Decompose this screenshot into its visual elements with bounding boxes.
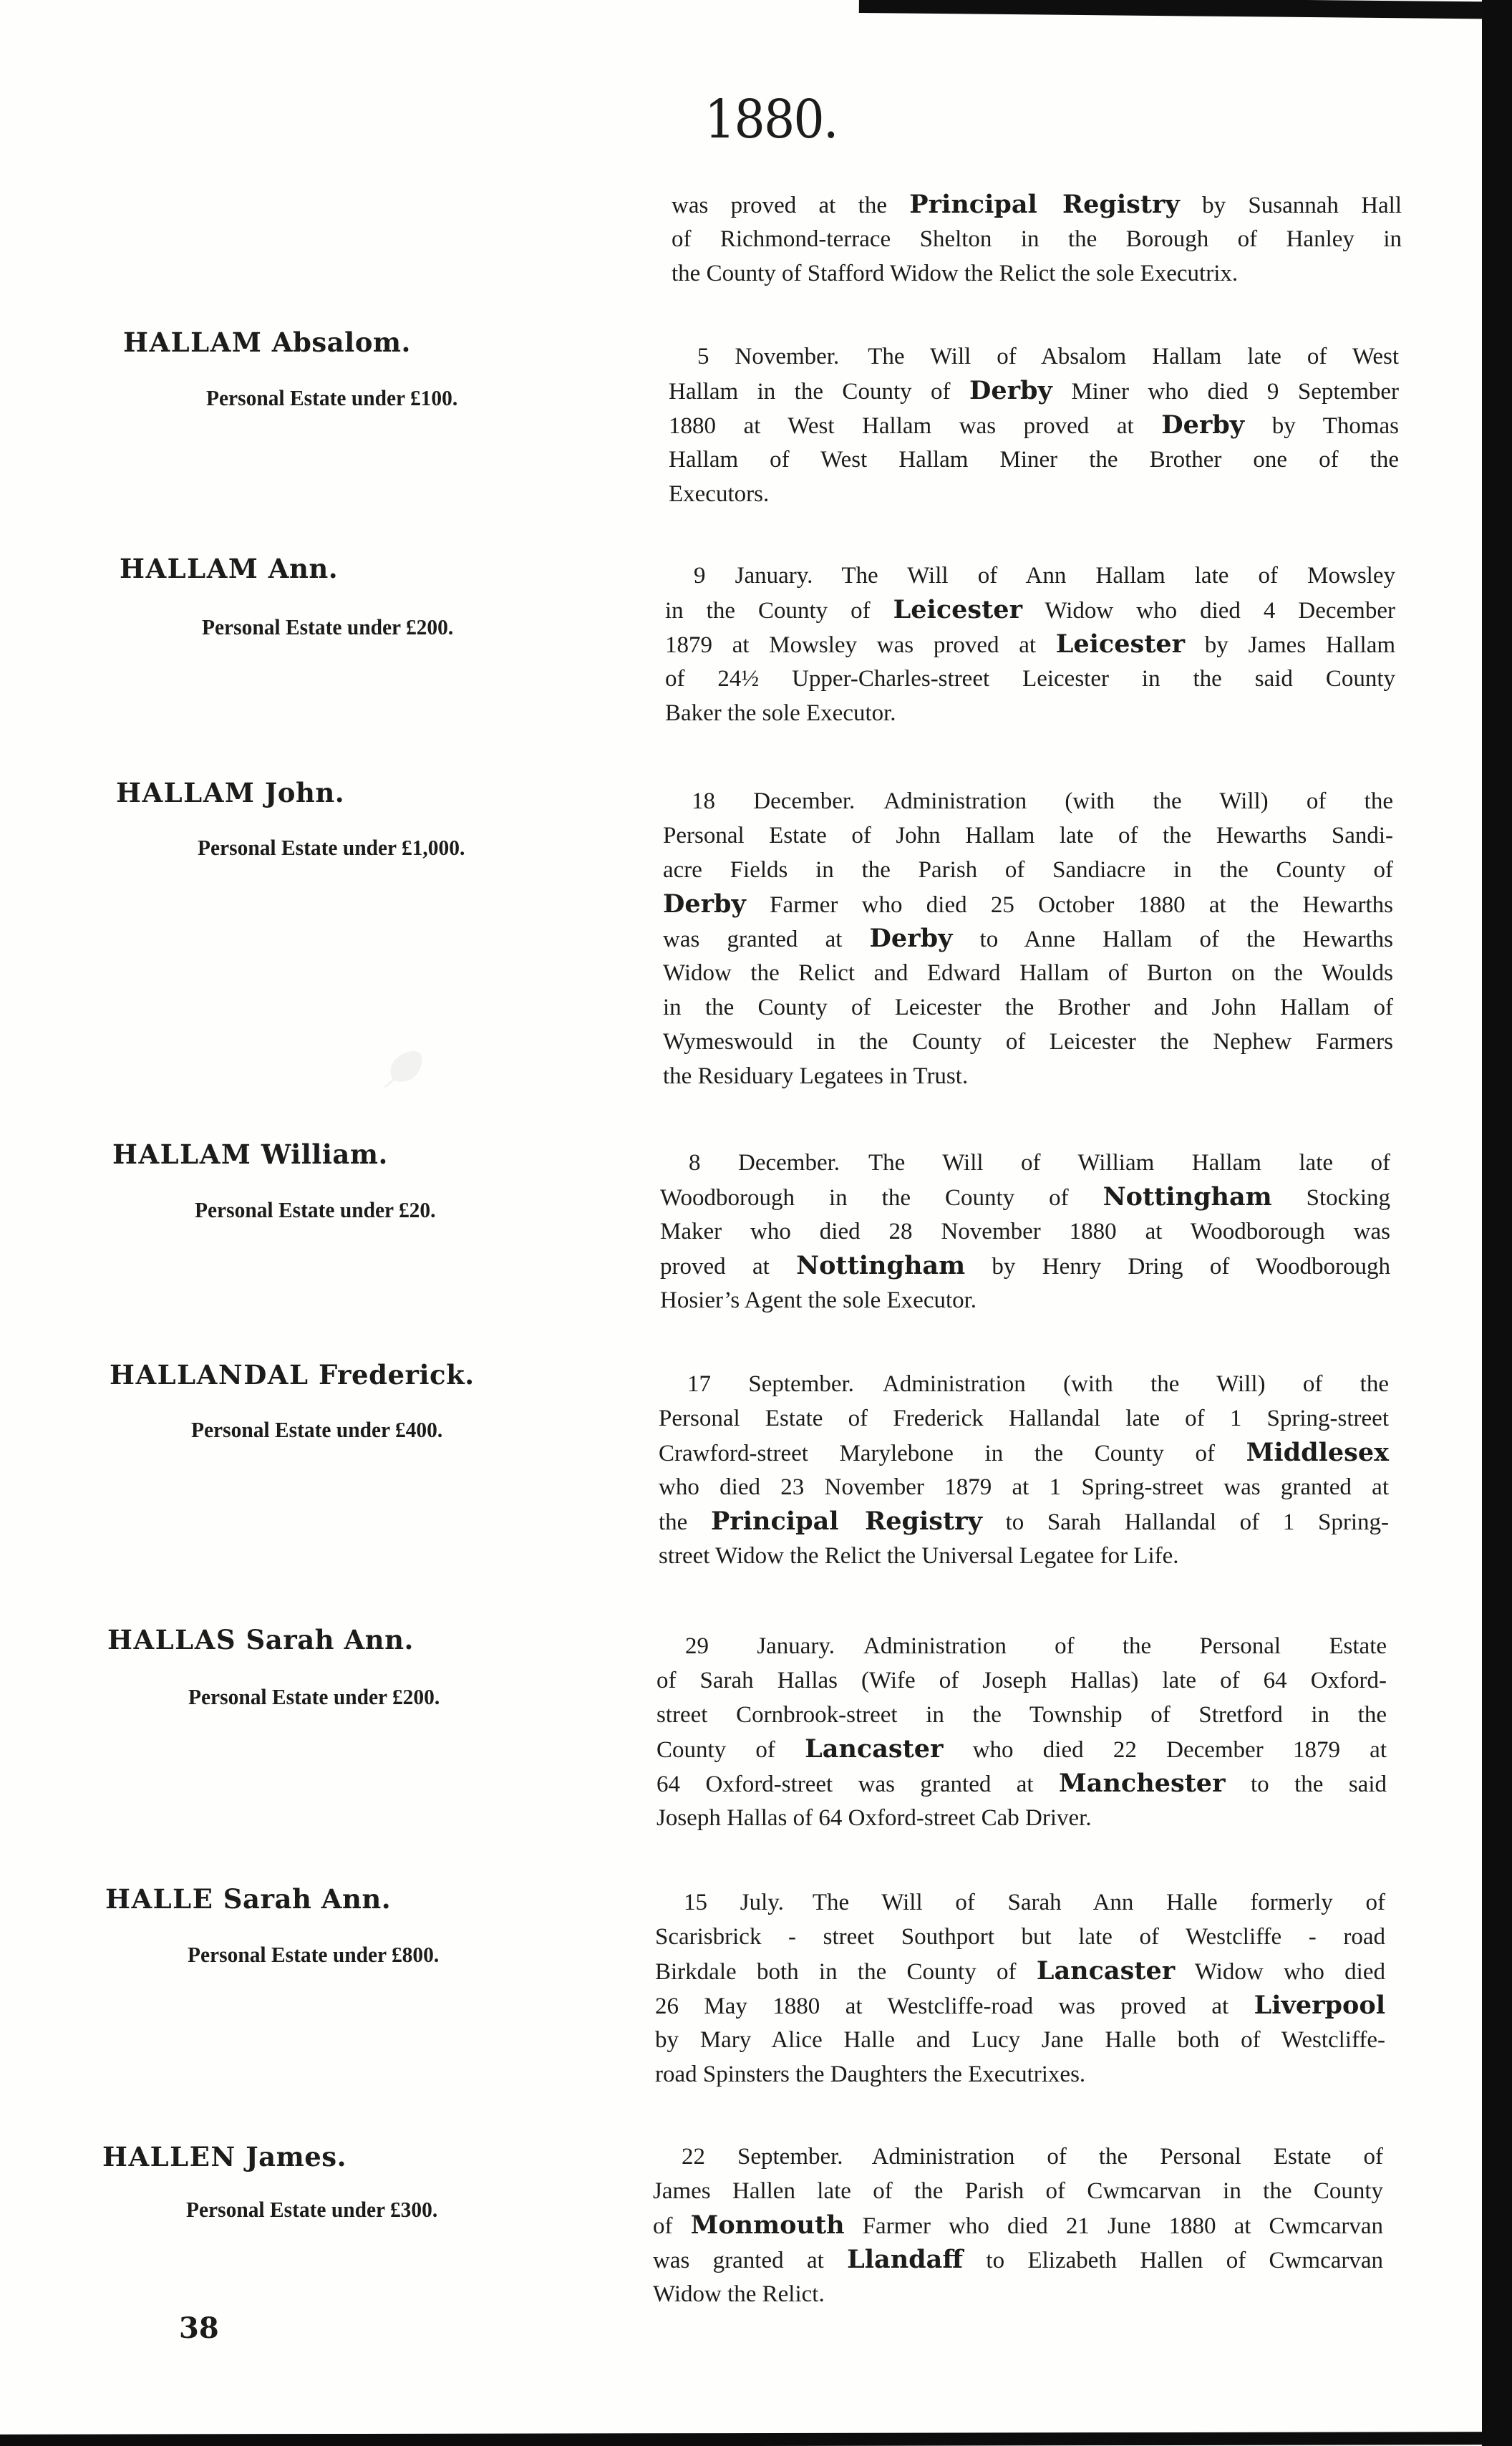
entry-surname: HALLANDAL: [110, 1359, 309, 1391]
text-line: 18 December.Administration (with the Wil…: [663, 784, 1393, 818]
entry-estate-value: Personal Estate under £20.: [195, 1197, 435, 1223]
text-run: Miner who died 9 September: [1052, 379, 1399, 405]
place-name-bold: Middlesex: [1246, 1438, 1389, 1467]
text-run: Maker who died 28 November 1880 at Woodb…: [660, 1219, 1390, 1244]
text-run: was granted at: [663, 927, 870, 952]
entry-date: 22 September.: [682, 2144, 843, 2170]
entry-body: 17 September.Administration (with the Wi…: [659, 1367, 1389, 1573]
text-line: 1880 at West Hallam was proved at Derby …: [669, 408, 1399, 443]
text-line: Joseph Hallas of 64 Oxford-street Cab Dr…: [656, 1801, 1387, 1835]
place-name-bold: Derby: [1161, 410, 1244, 440]
entry-given-name: Ann.: [268, 553, 338, 584]
text-run: to Elizabeth Hallen of Cwmcarvan: [963, 2248, 1383, 2273]
text-run: by Susannah Hall: [1180, 193, 1402, 218]
entry-name: HALLAS Sarah Ann.: [107, 1624, 414, 1655]
text-run: by James Hallam: [1185, 632, 1395, 658]
text-line: 26 May 1880 at Westcliffe-road was prove…: [655, 1988, 1385, 2023]
entry-date: 9 January.: [694, 563, 813, 589]
text-run: Woodborough in the County of: [660, 1185, 1103, 1211]
place-name-bold: Lancaster: [805, 1734, 943, 1764]
place-name-bold: Principal Registry: [711, 1507, 982, 1536]
place-name-bold: Liverpool: [1254, 1991, 1385, 2020]
text-line: Crawford-street Marylebone in the County…: [659, 1436, 1389, 1470]
text-run: the County of Stafford Widow the Relict …: [672, 261, 1238, 286]
entry-date: 15 July.: [684, 1890, 784, 1915]
text-run: The Will of Sarah Ann Halle formerly of: [813, 1890, 1385, 1915]
entry-estate-value: Personal Estate under £300.: [186, 2197, 437, 2223]
text-run: 64 Oxford-street was granted at: [656, 1771, 1059, 1797]
text-line: Scarisbrick - street Southport but late …: [655, 1920, 1385, 1954]
text-run: of Sarah Hallas (Wife of Joseph Hallas) …: [656, 1668, 1387, 1693]
entry-body: 29 January.Administration of the Persona…: [656, 1629, 1387, 1835]
text-line: of Sarah Hallas (Wife of Joseph Hallas) …: [656, 1663, 1387, 1698]
text-line: who died 23 November 1879 at 1 Spring-st…: [659, 1470, 1389, 1504]
text-run: proved at: [660, 1254, 796, 1280]
entry-estate-value: Personal Estate under £100.: [206, 385, 457, 411]
text-line: Hosier’s Agent the sole Executor.: [660, 1283, 1390, 1318]
text-run: Widow who died 4 December: [1022, 598, 1395, 624]
text-line: of Monmouth Farmer who died 21 June 1880…: [653, 2208, 1383, 2243]
text-line: street Cornbrook-street in the Township …: [656, 1698, 1387, 1732]
text-run: Widow who died: [1175, 1959, 1385, 1985]
entry-name: HALLE Sarah Ann.: [105, 1883, 391, 1915]
text-line: acre Fields in the Parish of Sandiacre i…: [663, 853, 1393, 887]
text-line: was proved at the Principal Registry by …: [672, 188, 1402, 222]
text-run: 26 May 1880 at Westcliffe-road was prove…: [655, 1993, 1254, 2019]
text-line: James Hallen late of the Parish of Cwmca…: [653, 2174, 1383, 2208]
entry-body: 15 July.The Will of Sarah Ann Halle form…: [655, 1885, 1385, 2092]
text-run: of Richmond-terrace Shelton in the Borou…: [672, 226, 1402, 252]
text-run: The Will of Ann Hallam late of Mowsley: [841, 563, 1395, 589]
entry-surname: HALLAM: [116, 777, 255, 808]
place-name-bold: Principal Registry: [909, 190, 1180, 219]
text-run: Personal Estate of Frederick Hallandal l…: [659, 1406, 1389, 1431]
entry-name: HALLEN James.: [102, 2141, 346, 2172]
text-run: Crawford-street Marylebone in the County…: [659, 1441, 1246, 1466]
entry-estate-value: Personal Estate under £800.: [188, 1942, 439, 1968]
text-run: Farmer who died 21 June 1880 at Cwmcarva…: [845, 2213, 1383, 2239]
entry-surname: HALLAM: [112, 1139, 251, 1170]
place-name-bold: Derby: [870, 924, 953, 953]
page-year-heading: 1880.: [704, 89, 838, 150]
text-run: Birkdale both in the County of: [655, 1959, 1037, 1985]
text-line: 64 Oxford-street was granted at Manchest…: [656, 1766, 1387, 1801]
entry-surname: HALLEN: [102, 2141, 236, 2172]
text-run: Hosier’s Agent the sole Executor.: [660, 1287, 976, 1313]
text-run: Stocking: [1272, 1185, 1390, 1211]
text-run: Farmer who died 25 October 1880 at the H…: [746, 892, 1393, 918]
entry-name: HALLAM Absalom.: [123, 327, 411, 358]
text-line: Personal Estate of John Hallam late of t…: [663, 818, 1393, 853]
text-line: by Mary Alice Halle and Lucy Jane Halle …: [655, 2023, 1385, 2057]
text-line: road Spinsters the Daughters the Executr…: [655, 2057, 1385, 2092]
text-run: to the said: [1226, 1771, 1387, 1797]
text-line: Birkdale both in the County of Lancaster…: [655, 1954, 1385, 1988]
text-run: to Anne Hallam of the Hewarths: [952, 927, 1393, 952]
text-line: proved at Nottingham by Henry Dring of W…: [660, 1249, 1390, 1283]
entry-given-name: Frederick.: [319, 1359, 475, 1391]
text-run: Administration of the Personal Estate: [863, 1633, 1387, 1659]
text-run: Administration (with the Will) of the: [883, 788, 1393, 814]
text-run: Wymeswould in the County of Leicester th…: [663, 1029, 1393, 1055]
text-run: Hallam of West Hallam Miner the Brother …: [669, 447, 1399, 473]
entry-date: 8 December.: [689, 1150, 840, 1176]
text-run: who died 23 November 1879 at 1 Spring-st…: [659, 1474, 1389, 1500]
place-name-bold: Lancaster: [1037, 1956, 1175, 1986]
text-run: of 24½ Upper-Charles-street Leicester in…: [665, 666, 1395, 692]
entry-given-name: Sarah Ann.: [246, 1624, 414, 1655]
text-line: the Residuary Legatees in Trust.: [663, 1059, 1393, 1093]
text-line: Widow the Relict and Edward Hallam of Bu…: [663, 956, 1393, 990]
scan-border-top: [859, 0, 1512, 19]
entry-date: 5 November.: [697, 344, 839, 369]
text-run: The Will of Absalom Hallam late of West: [868, 344, 1399, 369]
place-name-bold: Derby: [969, 376, 1052, 405]
place-name-bold: Derby: [663, 889, 746, 919]
entry-name: HALLAM William.: [112, 1139, 388, 1170]
text-run: Personal Estate of John Hallam late of t…: [663, 823, 1393, 849]
text-run: street Cornbrook-street in the Township …: [656, 1702, 1387, 1728]
text-run: Joseph Hallas of 64 Oxford-street Cab Dr…: [656, 1805, 1092, 1831]
entry-name: HALLAM John.: [116, 777, 344, 808]
text-run: the Residuary Legatees in Trust.: [663, 1063, 968, 1089]
place-name-bold: Nottingham: [1103, 1182, 1272, 1212]
entry-name: HALLAM Ann.: [120, 553, 338, 584]
entry-body: 22 September.Administration of the Perso…: [653, 2140, 1383, 2311]
text-run: by Henry Dring of Woodborough: [965, 1254, 1390, 1280]
text-line: Baker the sole Executor.: [665, 696, 1395, 730]
text-run: Executors.: [669, 481, 769, 507]
text-line: 29 January.Administration of the Persona…: [656, 1629, 1387, 1663]
text-run: of: [653, 2213, 691, 2239]
entry-body: 18 December.Administration (with the Wil…: [663, 784, 1393, 1093]
text-line: 5 November.The Will of Absalom Hallam la…: [669, 339, 1399, 374]
entry-body: 8 December.The Will of William Hallam la…: [660, 1146, 1390, 1318]
place-name-bold: Monmouth: [691, 2210, 845, 2240]
entry-name: HALLANDAL Frederick.: [110, 1359, 475, 1391]
text-run: 1879 at Mowsley was proved at: [665, 632, 1056, 658]
text-run: 1880 at West Hallam was proved at: [669, 413, 1161, 439]
text-run: Widow the Relict and Edward Hallam of Bu…: [663, 960, 1393, 986]
entry-surname: HALLE: [105, 1883, 213, 1915]
text-run: County of: [656, 1737, 805, 1763]
text-line: 22 September.Administration of the Perso…: [653, 2140, 1383, 2174]
entry-estate-value: Personal Estate under £400.: [191, 1417, 442, 1443]
text-line: 17 September.Administration (with the Wi…: [659, 1367, 1389, 1401]
leaf-watermark-icon: [383, 1047, 427, 1088]
text-run: in the County of: [665, 598, 893, 624]
text-line: Maker who died 28 November 1880 at Woodb…: [660, 1214, 1390, 1249]
entry-surname: HALLAS: [107, 1624, 236, 1655]
text-line: Personal Estate of Frederick Hallandal l…: [659, 1401, 1389, 1436]
entry-date: 17 September.: [687, 1371, 854, 1397]
text-run: by Mary Alice Halle and Lucy Jane Halle …: [655, 2027, 1385, 2053]
scan-border-right: [1482, 0, 1512, 2446]
text-run: by Thomas: [1244, 413, 1399, 439]
text-run: The Will of William Hallam late of: [868, 1150, 1390, 1176]
text-line: 1879 at Mowsley was proved at Leicester …: [665, 627, 1395, 662]
text-line: Wymeswould in the County of Leicester th…: [663, 1025, 1393, 1059]
text-line: was granted at Llandaff to Elizabeth Hal…: [653, 2243, 1383, 2277]
text-line: in the County of Leicester the Brother a…: [663, 990, 1393, 1025]
text-line: of 24½ Upper-Charles-street Leicester in…: [665, 662, 1395, 696]
text-run: to Sarah Hallandal of 1 Spring-: [982, 1509, 1389, 1535]
text-line: County of Lancaster who died 22 December…: [656, 1732, 1387, 1766]
place-name-bold: Leicester: [893, 595, 1022, 624]
text-run: Administration of the Personal Estate of: [872, 2144, 1383, 2170]
place-name-bold: Llandaff: [847, 2245, 963, 2274]
text-line: Woodborough in the County of Nottingham …: [660, 1180, 1390, 1214]
text-line: the Principal Registry to Sarah Hallanda…: [659, 1504, 1389, 1539]
text-line: Hallam in the County of Derby Miner who …: [669, 374, 1399, 408]
entry-given-name: Absalom.: [272, 327, 411, 358]
text-line: was granted at Derby to Anne Hallam of t…: [663, 922, 1393, 956]
text-run: Widow the Relict.: [653, 2281, 825, 2307]
entry-body: 5 November.The Will of Absalom Hallam la…: [669, 339, 1399, 511]
entry-given-name: James.: [246, 2141, 346, 2172]
text-line: Executors.: [669, 477, 1399, 511]
text-run: Hallam in the County of: [669, 379, 969, 405]
page-number: 38: [179, 2311, 219, 2345]
text-line: the County of Stafford Widow the Relict …: [672, 256, 1402, 291]
text-run: acre Fields in the Parish of Sandiacre i…: [663, 857, 1393, 883]
text-line: street Widow the Relict the Universal Le…: [659, 1539, 1389, 1573]
entry-surname: HALLAM: [123, 327, 262, 358]
text-run: was proved at the: [672, 193, 909, 218]
text-line: Widow the Relict.: [653, 2277, 1383, 2311]
entry-body: 9 January.The Will of Ann Hallam late of…: [665, 559, 1395, 730]
entry-date: 29 January.: [685, 1633, 835, 1659]
entry-date: 18 December.: [692, 788, 855, 814]
text-line: in the County of Leicester Widow who die…: [665, 593, 1395, 627]
text-run: the: [659, 1509, 711, 1535]
scan-border-bottom: [0, 2432, 1512, 2446]
text-run: who died 22 December 1879 at: [943, 1737, 1387, 1763]
document-page: 1880. was proved at the Principal Regist…: [0, 0, 1512, 2446]
text-line: Hallam of West Hallam Miner the Brother …: [669, 443, 1399, 477]
text-run: Administration (with the Will) of the: [883, 1371, 1389, 1397]
text-run: James Hallen late of the Parish of Cwmca…: [653, 2178, 1383, 2204]
text-line: of Richmond-terrace Shelton in the Borou…: [672, 222, 1402, 256]
entry-estate-value: Personal Estate under £200.: [188, 1684, 440, 1710]
text-line: 8 December.The Will of William Hallam la…: [660, 1146, 1390, 1180]
text-run: street Widow the Relict the Universal Le…: [659, 1543, 1179, 1569]
entry-estate-value: Personal Estate under £1,000.: [198, 835, 465, 861]
entry-given-name: Sarah Ann.: [223, 1883, 391, 1915]
continuation-paragraph: was proved at the Principal Registry by …: [672, 188, 1402, 291]
entry-surname: HALLAM: [120, 553, 258, 584]
text-line: Derby Farmer who died 25 October 1880 at…: [663, 887, 1393, 922]
entry-estate-value: Personal Estate under £200.: [202, 614, 453, 640]
text-line: 9 January.The Will of Ann Hallam late of…: [665, 559, 1395, 593]
text-run: Baker the sole Executor.: [665, 700, 896, 726]
place-name-bold: Nottingham: [796, 1251, 965, 1280]
text-run: road Spinsters the Daughters the Executr…: [655, 2061, 1085, 2087]
text-line: 15 July.The Will of Sarah Ann Halle form…: [655, 1885, 1385, 1920]
text-run: in the County of Leicester the Brother a…: [663, 995, 1393, 1020]
text-run: was granted at: [653, 2248, 847, 2273]
place-name-bold: Leicester: [1056, 629, 1185, 659]
entry-given-name: John.: [265, 777, 344, 808]
place-name-bold: Manchester: [1059, 1769, 1225, 1798]
entry-given-name: William.: [261, 1139, 388, 1170]
text-run: Scarisbrick - street Southport but late …: [655, 1924, 1385, 1950]
